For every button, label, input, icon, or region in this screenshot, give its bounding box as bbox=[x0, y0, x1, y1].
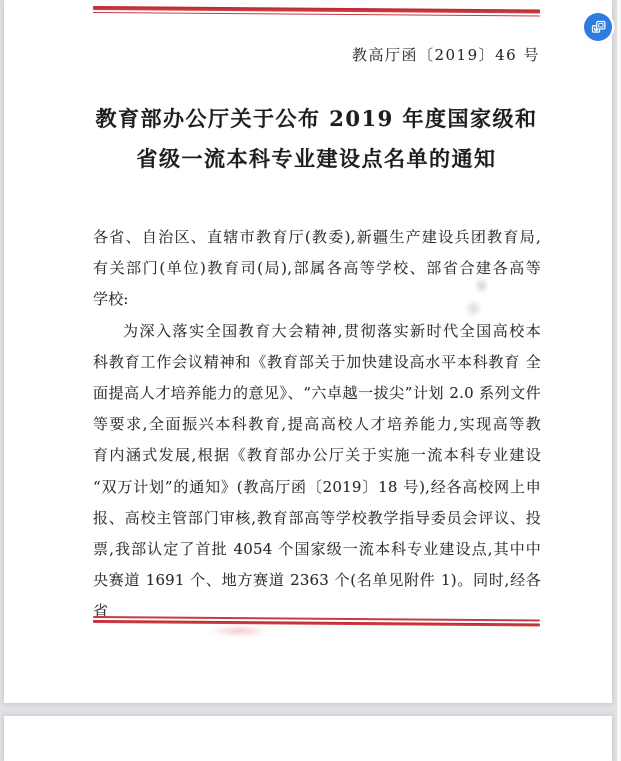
extract-image-icon bbox=[590, 19, 607, 36]
doc-title-line1: 教育部办公厅关于公布 2019 年度国家级和 bbox=[93, 99, 540, 139]
doc-title: 教育部办公厅关于公布 2019 年度国家级和 省级一流本科专业建设点名单的通知 bbox=[93, 99, 540, 179]
document-viewer: 教高厅函〔2019〕46 号 教育部办公厅关于公布 2019 年度国家级和 省级… bbox=[0, 0, 621, 761]
body-line: “双万计划”的通知》(教高厅函〔2019〕18 号),经各高校网上申 bbox=[93, 472, 541, 503]
doc-title-line2: 省级一流本科专业建设点名单的通知 bbox=[93, 139, 540, 179]
red-header-rule bbox=[93, 6, 540, 17]
body-line: 面提高人才培养能力的意见》、“六卓越一拔尖”计划 2.0 系列文件 bbox=[93, 378, 541, 409]
body-line: 为深入落实全国教育大会精神,贯彻落实新时代全国高校本 bbox=[93, 316, 541, 347]
body-line: 科教育工作会议精神和《教育部关于加快建设高水平本科教育 全 bbox=[93, 347, 541, 378]
doc-body: 各省、自治区、直辖市教育厅(教委),新疆生产建设兵团教育局, 有关部门(单位)教… bbox=[93, 222, 541, 628]
doc-number: 教高厅函〔2019〕46 号 bbox=[93, 44, 540, 65]
body-line: 票,我部认定了首批 4054 个国家级一流本科专业建设点,其中中 bbox=[93, 534, 541, 565]
body-line: 报、高校主管部门审核,教育部高等学校教学指导委员会评议、投 bbox=[93, 503, 541, 534]
extract-image-button[interactable] bbox=[584, 13, 612, 41]
salutation-line: 有关部门(单位)教育司(局),部属各高等学校、部省合建各高等 bbox=[93, 253, 541, 284]
document-page-2 bbox=[4, 716, 612, 761]
body-line: 育内涵式发展,根据《教育部办公厅关于实施一流本科专业建设 bbox=[93, 440, 541, 471]
body-line: 等要求,全面振兴本科教育,提高高校人才培养能力,实现高等教 bbox=[93, 409, 541, 440]
salutation-line: 学校: bbox=[93, 284, 541, 315]
scrollbar-track[interactable] bbox=[617, 0, 621, 761]
document-page-1: 教高厅函〔2019〕46 号 教育部办公厅关于公布 2019 年度国家级和 省级… bbox=[4, 0, 612, 703]
salutation-line: 各省、自治区、直辖市教育厅(教委),新疆生产建设兵团教育局, bbox=[93, 222, 541, 253]
